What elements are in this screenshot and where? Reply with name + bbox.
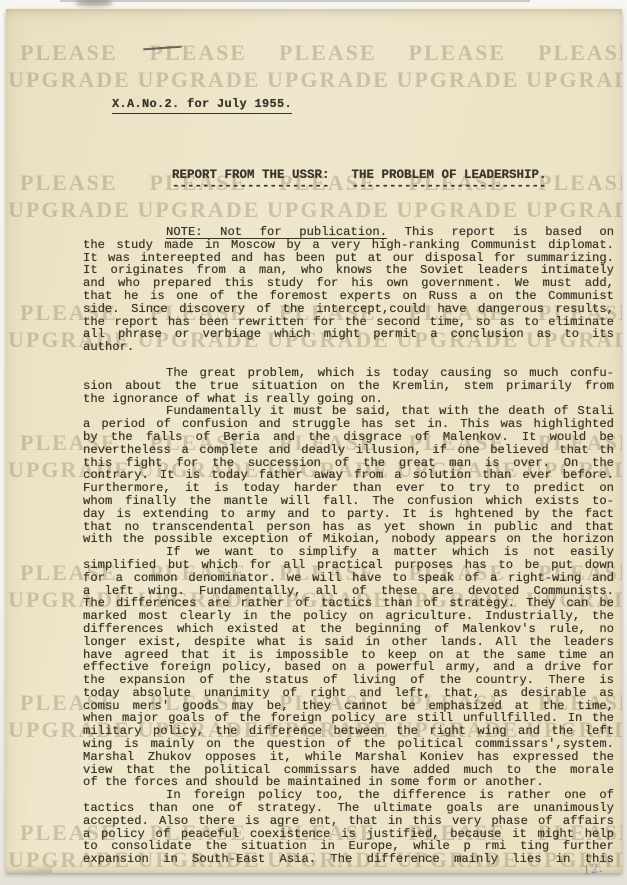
- typed-line: tactics than one of strategy. The ultima…: [83, 802, 614, 815]
- watermark-row: UPGRADEUPGRADEUPGRADEUPGRADEUPGRADE: [8, 197, 622, 223]
- typed-line: all phrase or verbiage which might permi…: [83, 328, 614, 341]
- watermark-word-please: PLEASE: [20, 40, 150, 66]
- paragraph: In foreign policy too, the difference is…: [83, 789, 614, 866]
- scan-smudge: [75, 0, 113, 6]
- typed-line: day is extending to army and to party. I…: [83, 508, 614, 521]
- typed-line: NOTE: Not for publication. This report i…: [83, 226, 614, 239]
- paragraph: Fundamentally it must be said, that with…: [83, 405, 614, 546]
- title-left-underline: ---------------------: [172, 179, 330, 193]
- typed-line: differences which existed at the beginni…: [83, 623, 614, 636]
- typed-line: sion about the true situation on the Kre…: [83, 380, 614, 393]
- pencil-mark: [143, 46, 182, 51]
- scanner-edge-line: [60, 0, 530, 2]
- typed-line: the study made in Moscow by a very high-…: [83, 239, 614, 252]
- watermark-word-upgrade: UPGRADE: [526, 67, 622, 93]
- watermark-word-upgrade: UPGRADE: [8, 67, 138, 93]
- watermark-word-please: PLEASE: [538, 40, 622, 66]
- underlined-note-label: NOTE: Not for publication.: [166, 225, 387, 239]
- watermark-word-upgrade: UPGRADE: [138, 197, 268, 223]
- paragraph: The great problem, which is today causin…: [83, 367, 614, 405]
- watermark-word-upgrade: UPGRADE: [8, 197, 138, 223]
- watermark-row: PLEASEPLEASEPLEASEPLEASEPLEASE: [20, 40, 622, 66]
- typed-line: accepted. Also there is agre ent, that i…: [83, 815, 614, 828]
- typed-line: Marshal Zhukov opposes it, while Marshal…: [83, 751, 614, 764]
- typed-line: the expansion of the status of living of…: [83, 674, 614, 687]
- reference-number: X.A.No.2. for July 1955.: [112, 97, 292, 114]
- document-title: REPORT FROM THE USSR: ------------------…: [172, 168, 547, 193]
- watermark-word-please: PLEASE: [409, 40, 539, 66]
- typed-line: that he is one of the foremost experts o…: [83, 290, 614, 303]
- typed-line: by the falls of Beria and the disgrace o…: [83, 431, 614, 444]
- watermark-word-upgrade: UPGRADE: [397, 67, 527, 93]
- watermark-word-upgrade: UPGRADE: [138, 67, 268, 93]
- watermark-word-upgrade: UPGRADE: [267, 197, 397, 223]
- typed-line: nevertheless a complete and deadly illus…: [83, 444, 614, 457]
- typed-line: longer exist, despite what is said in ot…: [83, 636, 614, 649]
- document-paper: PLEASEPLEASEPLEASEPLEASEPLEASEUPGRADEUPG…: [6, 9, 622, 873]
- typed-line: side. Since discovery of the intercept,c…: [83, 303, 614, 316]
- typed-line: marked most clearly in the policy on agr…: [83, 610, 614, 623]
- typed-line: simplified but which for all practical p…: [83, 559, 614, 572]
- typed-line: The great problem, which is today causin…: [83, 367, 614, 380]
- typed-line: today absolute unanimity of right and le…: [83, 687, 614, 700]
- watermark-word-please: PLEASE: [150, 40, 280, 66]
- document-body: NOTE: Not for publication. This report i…: [83, 226, 614, 866]
- paper-fold: [6, 863, 52, 873]
- watermark-word-please: PLEASE: [538, 170, 622, 196]
- watermark-word-upgrade: UPGRADE: [267, 67, 397, 93]
- watermark-row: UPGRADEUPGRADEUPGRADEUPGRADEUPGRADE: [8, 67, 622, 93]
- watermark-word-please: PLEASE: [279, 40, 409, 66]
- typed-line: author.: [83, 341, 614, 354]
- title-left-block: REPORT FROM THE USSR: ------------------…: [172, 168, 330, 193]
- paragraph: If we want to simplify a matter which is…: [83, 546, 614, 789]
- handwritten-page-number: 12.: [582, 860, 605, 879]
- watermark-word-upgrade: UPGRADE: [526, 197, 622, 223]
- title-right-underline: --------------------------: [352, 179, 547, 193]
- typed-line: If we want to simplify a matter which is…: [83, 546, 614, 559]
- typed-line: whom finally the mantle will fall. The c…: [83, 495, 614, 508]
- watermark-word-upgrade: UPGRADE: [397, 197, 527, 223]
- paragraph: NOTE: Not for publication. This report i…: [83, 226, 614, 354]
- typed-line: for a common denominator. we will have t…: [83, 572, 614, 585]
- typed-line: expansion in South-East Asia. The differ…: [83, 853, 614, 866]
- watermark-word-please: PLEASE: [20, 170, 150, 196]
- title-right-block: THE PROBLEM OF LEADERSHIP. -------------…: [352, 168, 547, 193]
- typed-line: wing is mainly on the question of the po…: [83, 738, 614, 751]
